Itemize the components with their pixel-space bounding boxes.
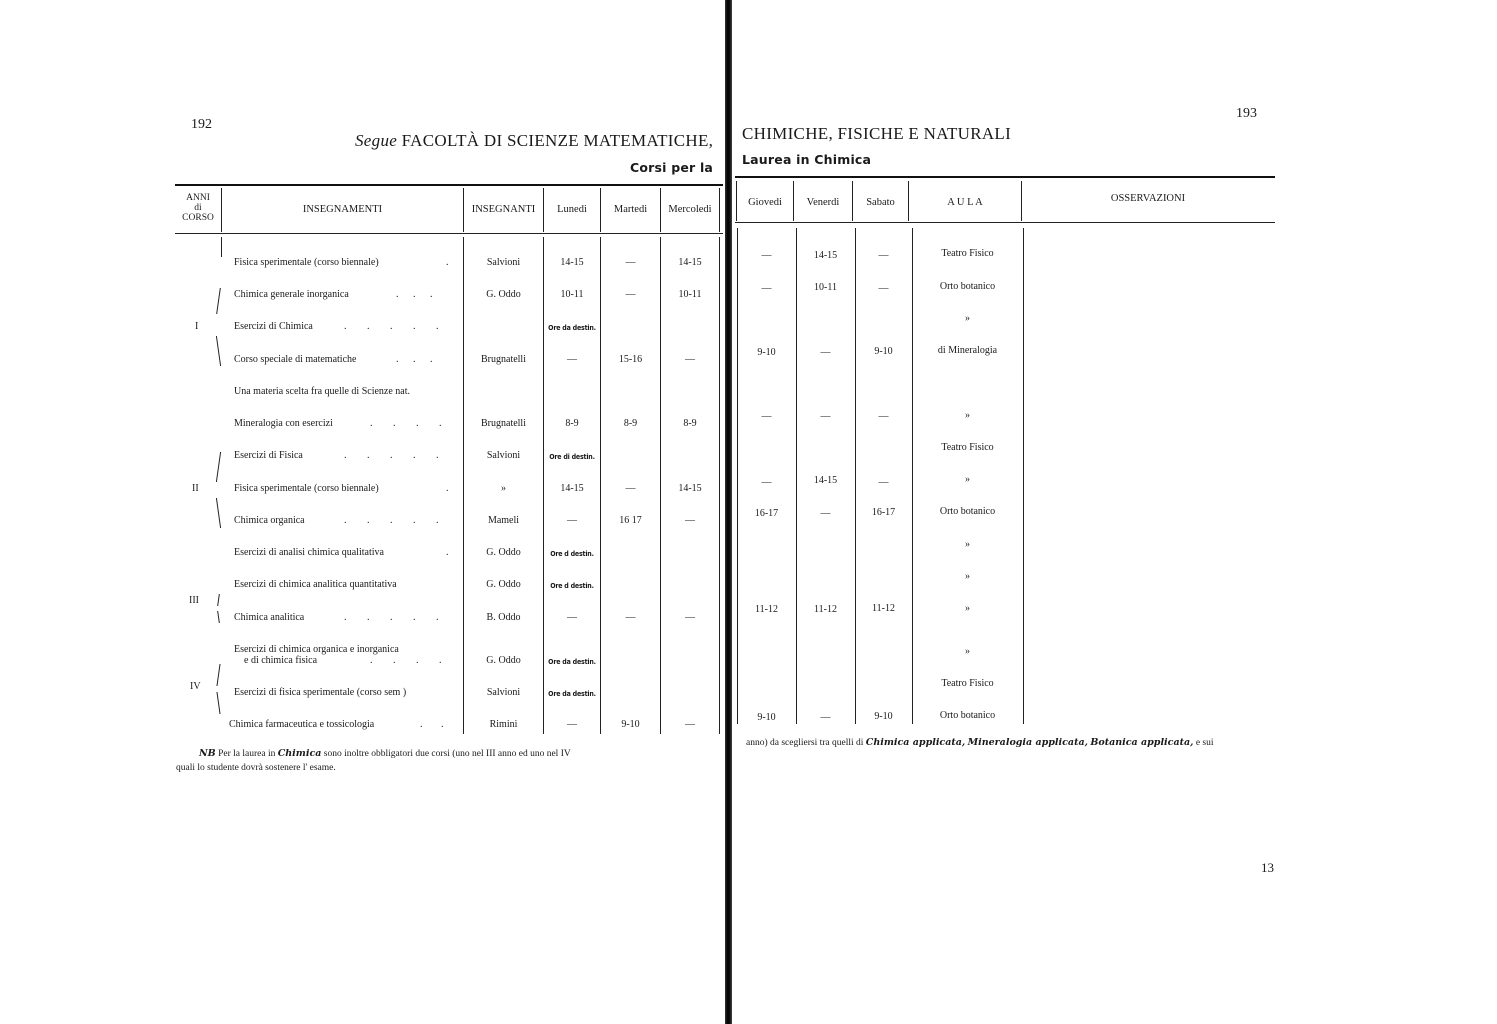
- teacher: G. Oddo: [464, 547, 543, 558]
- year-brace: [217, 594, 220, 606]
- sabato-time: 16-17: [855, 507, 912, 518]
- table-header-rule: [175, 233, 723, 234]
- note-prefix: NB: [199, 748, 216, 759]
- col-divider: [855, 228, 856, 724]
- year-brace: [216, 692, 220, 714]
- header-martedi: Martedi: [601, 204, 660, 215]
- martedi-time: —: [601, 612, 660, 623]
- left-page-title: Segue FACOLTÀ DI SCIENZE MATEMATICHE,: [355, 131, 713, 151]
- note-text: Per la laurea in: [218, 749, 275, 759]
- lunedi-time: 8-9: [544, 418, 600, 429]
- giovedi-time: 9-10: [737, 347, 796, 358]
- year-label-I: I: [195, 321, 198, 332]
- teacher: Mameli: [464, 515, 543, 526]
- header-anni-di-corso: ANNI di CORSO: [175, 193, 221, 223]
- teacher: Salvioni: [464, 257, 543, 268]
- course-line-1: Esercizi di chimica organica e inorganic…: [234, 644, 399, 655]
- venerdi-time: 14-15: [796, 475, 855, 486]
- title-prefix: Segue: [355, 131, 397, 150]
- giovedi-time: 16-17: [737, 508, 796, 519]
- leader-dots: .: [446, 547, 449, 558]
- mercoledi-time: —: [661, 354, 719, 365]
- martedi-time: 15-16: [601, 354, 660, 365]
- mercoledi-time: —: [661, 612, 719, 623]
- martedi-time: —: [601, 289, 660, 300]
- mercoledi-time: —: [661, 515, 719, 526]
- venerdi-time: 10-11: [796, 282, 855, 293]
- giovedi-time: —: [737, 411, 796, 422]
- aula: »: [912, 646, 1023, 657]
- mercoledi-time: 14-15: [661, 483, 719, 494]
- footnote-line-1: NB Per la laurea in Chimica sono inoltre…: [199, 748, 571, 759]
- year-brace: [217, 611, 220, 623]
- course-name: Esercizi di chimica analitica quantitati…: [234, 579, 397, 590]
- giovedi-time: —: [737, 283, 796, 294]
- venerdi-time: —: [796, 411, 855, 422]
- right-page-title: CHIMICHE, FISICHE E NATURALI: [742, 124, 1011, 144]
- lunedi-time: —: [544, 719, 600, 730]
- giovedi-time: —: [737, 250, 796, 261]
- col-divider: [737, 228, 738, 724]
- year-label-II: II: [192, 483, 199, 494]
- teacher: Brugnatelli: [464, 354, 543, 365]
- teacher: G. Oddo: [464, 655, 543, 666]
- lunedi-time: Ore di destin.: [544, 453, 600, 461]
- note-text: e sui: [1196, 738, 1214, 748]
- col-divider: [719, 237, 720, 734]
- sabato-time: 11-12: [855, 603, 912, 614]
- note-text: anno) da scegliersi tra quelli di: [746, 738, 863, 748]
- martedi-time: —: [601, 257, 660, 268]
- venerdi-time: —: [796, 508, 855, 519]
- footnote-continuation: anno) da scegliersi tra quelli di Chimic…: [746, 737, 1214, 748]
- header-giovedi: Giovedi: [737, 197, 793, 208]
- course-name: Chimica generale inorganica: [234, 289, 349, 300]
- course-name: Corso speciale di matematiche: [234, 354, 356, 365]
- sabato-time: 9-10: [855, 711, 912, 722]
- martedi-time: 9-10: [601, 719, 660, 730]
- lunedi-time: 14-15: [544, 257, 600, 268]
- sabato-time: —: [855, 250, 912, 261]
- teacher: Salvioni: [464, 450, 543, 461]
- course-name: Una materia scelta fra quelle di Scienze…: [234, 386, 410, 397]
- aula: Teatro Fisico: [912, 442, 1023, 453]
- note-italic: Chimica applicata,: [866, 737, 965, 748]
- title-main: FACOLTÀ DI SCIENZE MATEMATICHE,: [402, 131, 714, 150]
- aula: »: [912, 410, 1023, 421]
- sabato-time: —: [855, 411, 912, 422]
- giovedi-time: —: [737, 477, 796, 488]
- table-header-rule: [735, 222, 1275, 223]
- leader-dots: . . .: [396, 289, 439, 300]
- leader-dots: . . . . .: [344, 450, 448, 461]
- note-italic: Mineralogia applicata,: [968, 737, 1088, 748]
- course-name: Mineralogia con esercizi: [234, 418, 333, 429]
- year-label-IV: IV: [190, 681, 201, 692]
- table-top-rule: [735, 176, 1275, 178]
- sabato-time: 9-10: [855, 346, 912, 357]
- teacher: »: [464, 483, 543, 494]
- teacher: G. Oddo: [464, 289, 543, 300]
- giovedi-time: 11-12: [737, 604, 796, 615]
- aula: »: [912, 313, 1023, 324]
- mercoledi-time: —: [661, 719, 719, 730]
- book-binding-gutter: [725, 0, 732, 1024]
- left-subheading: Corsi per la: [630, 160, 713, 175]
- leader-dots: . . . . .: [344, 321, 448, 332]
- lunedi-time: Ore da destin.: [544, 658, 600, 666]
- note-italic: Botanica applicata,: [1090, 737, 1193, 748]
- note-text: sono inoltre obbligatori due corsi (uno …: [324, 749, 571, 759]
- course-name: Fisica sperimentale (corso biennale): [234, 483, 379, 494]
- header-anni: ANNI: [175, 193, 221, 203]
- right-page-number: 193: [1236, 106, 1257, 122]
- header-insegnanti: INSEGNANTI: [464, 204, 543, 215]
- aula: Orto botanico: [912, 281, 1023, 292]
- lunedi-time: Ore d destin.: [544, 582, 600, 590]
- course-name: Fisica sperimentale (corso biennale): [234, 257, 379, 268]
- venerdi-time: 11-12: [796, 604, 855, 615]
- year-brace: [216, 664, 220, 686]
- lunedi-time: Ore da destin.: [544, 324, 600, 332]
- aula: »: [912, 539, 1023, 550]
- martedi-time: —: [601, 483, 660, 494]
- header-sabato: Sabato: [853, 197, 908, 208]
- sabato-time: —: [855, 283, 912, 294]
- leader-dots: .: [446, 257, 449, 268]
- aula: »: [912, 474, 1023, 485]
- mercoledi-time: 8-9: [661, 418, 719, 429]
- course-name: Chimica organica: [234, 515, 305, 526]
- aula: Orto botanico: [912, 710, 1023, 721]
- venerdi-time: 14-15: [796, 250, 855, 261]
- lunedi-time: Ore d destin.: [544, 550, 600, 558]
- header-aula: A U L A: [909, 197, 1021, 208]
- course-name: Esercizi di fisica sperimentale (corso s…: [234, 687, 406, 698]
- right-subheading: Laurea in Chimica: [742, 152, 871, 167]
- signature-mark: 13: [1261, 860, 1274, 876]
- leader-dots: . .: [420, 719, 452, 730]
- teacher: Brugnatelli: [464, 418, 543, 429]
- lunedi-time: —: [544, 612, 600, 623]
- sabato-time: —: [855, 477, 912, 488]
- leader-dots: . . . .: [370, 655, 451, 666]
- lunedi-time: Ore da destin.: [544, 690, 600, 698]
- martedi-time: 8-9: [601, 418, 660, 429]
- col-divider: [1023, 228, 1024, 724]
- leader-dots: . . . . .: [344, 612, 448, 623]
- footnote-line-2: quali lo studente dovrà sostenere l' esa…: [176, 763, 336, 773]
- venerdi-time: —: [796, 712, 855, 723]
- left-page-number: 192: [191, 117, 212, 133]
- note-italic: Chimica: [278, 748, 322, 759]
- leader-dots: . . . . .: [344, 515, 448, 526]
- lunedi-time: 14-15: [544, 483, 600, 494]
- header-lunedi: Lunedi: [544, 204, 600, 215]
- leader-dots: . . . .: [370, 418, 451, 429]
- giovedi-time: 9-10: [737, 712, 796, 723]
- aula: Teatro Fisico: [912, 678, 1023, 689]
- header-venerdi: Venerdi: [794, 197, 852, 208]
- year-brace: [216, 336, 221, 366]
- aula: »: [912, 603, 1023, 614]
- course-name: Esercizi di Chimica: [234, 321, 313, 332]
- leader-dots: .: [446, 483, 449, 494]
- teacher: B. Oddo: [464, 612, 543, 623]
- col-divider: [719, 188, 720, 232]
- aula: Orto botanico: [912, 506, 1023, 517]
- course-name: Esercizi di Fisica: [234, 450, 303, 461]
- teacher: G. Oddo: [464, 579, 543, 590]
- col-divider: [221, 237, 222, 257]
- header-mercoledi: Mercoledi: [661, 204, 719, 215]
- table-top-rule: [175, 184, 723, 186]
- teacher: Rimini: [464, 719, 543, 730]
- course-name: Chimica farmaceutica e tossicologia: [229, 719, 374, 730]
- aula: Teatro Fisico: [912, 248, 1023, 259]
- leader-dots: . . .: [396, 354, 439, 365]
- mercoledi-time: 14-15: [661, 257, 719, 268]
- course-name: Chimica analitica: [234, 612, 304, 623]
- aula: di Mineralogia: [912, 345, 1023, 356]
- lunedi-time: —: [544, 515, 600, 526]
- header-insegnamenti: INSEGNAMENTI: [222, 204, 463, 215]
- course-name: Esercizi di analisi chimica qualitativa: [234, 547, 384, 558]
- teacher: Salvioni: [464, 687, 543, 698]
- year-label-III: III: [189, 595, 199, 606]
- header-di: di: [175, 203, 221, 213]
- lunedi-time: 10-11: [544, 289, 600, 300]
- lunedi-time: —: [544, 354, 600, 365]
- martedi-time: 16 17: [601, 515, 660, 526]
- mercoledi-time: 10-11: [661, 289, 719, 300]
- header-corso: CORSO: [175, 213, 221, 223]
- header-osservazioni: OSSERVAZIONI: [1022, 193, 1274, 204]
- aula: »: [912, 571, 1023, 582]
- venerdi-time: —: [796, 347, 855, 358]
- year-brace: [216, 288, 221, 314]
- year-brace: [216, 452, 221, 482]
- year-brace: [216, 498, 221, 528]
